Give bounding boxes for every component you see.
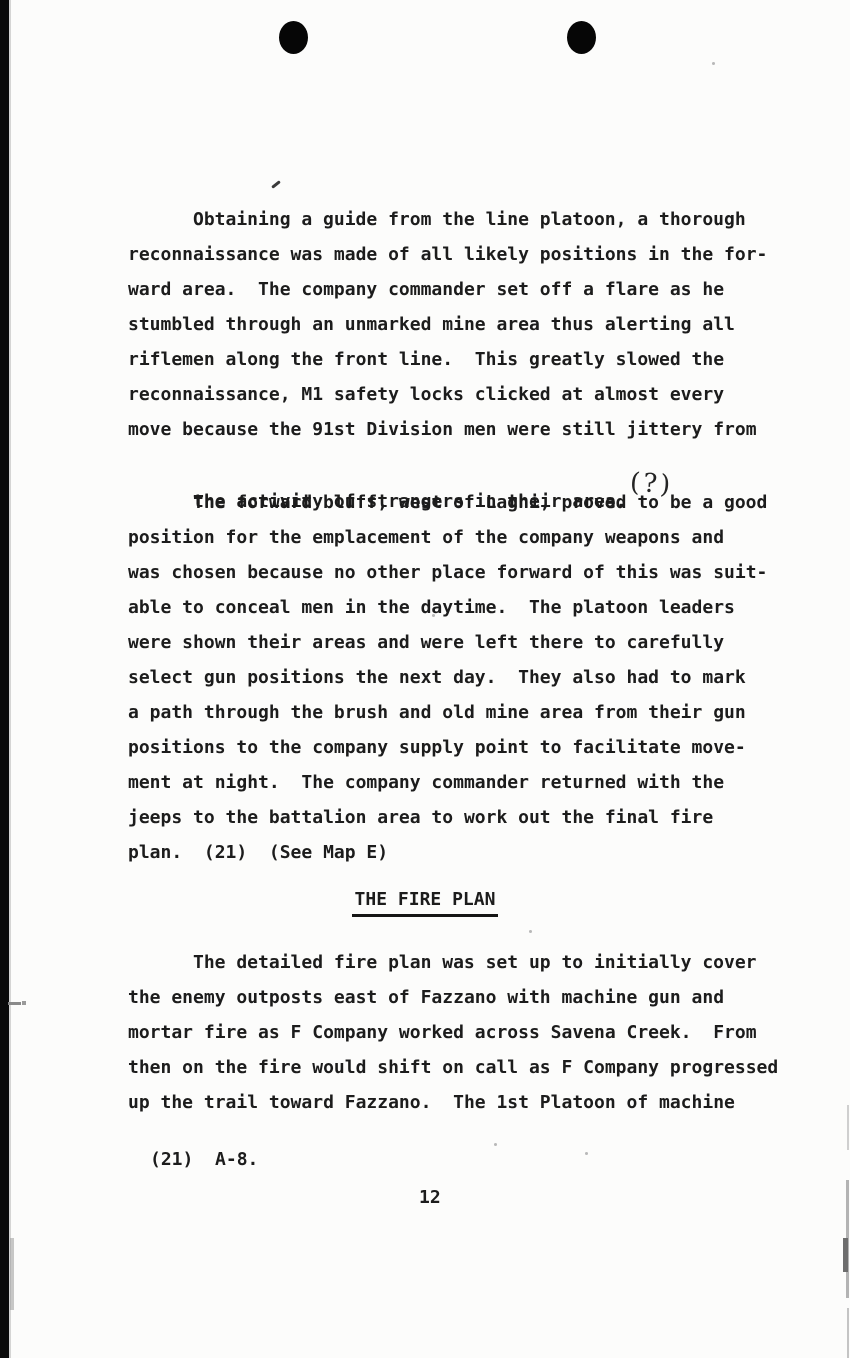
text-line: move because the 91st Division men were …: [128, 412, 767, 447]
text-line: jeeps to the battalion area to work out …: [128, 800, 767, 835]
text-line: the enemy outposts east of Fazzano with …: [128, 980, 778, 1015]
punch-hole-left: [279, 21, 308, 54]
right-edge-scan-line: [847, 1308, 849, 1358]
text-line: up the trail toward Fazzano. The 1st Pla…: [128, 1085, 778, 1120]
right-edge-scan-blob: [843, 1238, 848, 1272]
text-line: reconnaissance was made of all likely po…: [128, 237, 767, 272]
text-line: riflemen along the front line. This grea…: [128, 342, 767, 377]
scan-speck: [585, 1152, 588, 1155]
paragraph-2: The forward bluff, west of Laghi, proved…: [128, 485, 767, 870]
text-line: was chosen because no other place forwar…: [128, 555, 767, 590]
binding-edge-fuzz: [9, 0, 11, 1358]
text-line: ment at night. The company commander ret…: [128, 765, 767, 800]
scan-speck: [432, 614, 435, 617]
text-line: a path through the brush and old mine ar…: [128, 695, 767, 730]
text-line: then on the fire would shift on call as …: [128, 1050, 778, 1085]
text-line: The forward bluff, west of Laghi, proved…: [128, 485, 767, 520]
text-line: select gun positions the next day. They …: [128, 660, 767, 695]
text-line: The detailed fire plan was set up to ini…: [128, 945, 778, 980]
text-line: ward area. The company commander set off…: [128, 272, 767, 307]
text-line: stumbled through an unmarked mine area t…: [128, 307, 767, 342]
paragraph-3: The detailed fire plan was set up to ini…: [128, 945, 778, 1120]
text-line: position for the emplacement of the comp…: [128, 520, 767, 555]
footnote: (21) A-8.: [150, 1142, 258, 1177]
section-heading: THE FIRE PLAN: [352, 888, 499, 917]
scan-speck: [712, 62, 715, 65]
text-line: able to conceal men in the daytime. The …: [128, 590, 767, 625]
text-line: were shown their areas and were left the…: [128, 625, 767, 660]
margin-scan-mark: [8, 1002, 21, 1005]
text-line: mortar fire as F Company worked across S…: [128, 1015, 778, 1050]
binding-edge-strip: [0, 0, 9, 1358]
scanned-document-page: Obtaining a guide from the line platoon,…: [0, 0, 850, 1358]
text-line: Obtaining a guide from the line platoon,…: [128, 202, 767, 237]
page-number: 12: [419, 1180, 441, 1215]
right-edge-scan-line: [847, 1105, 849, 1150]
text-line: positions to the company supply point to…: [128, 730, 767, 765]
scan-speck: [494, 1143, 497, 1146]
punch-hole-right: [567, 21, 596, 54]
text-line: reconnaissance, M1 safety locks clicked …: [128, 377, 767, 412]
left-edge-streak: [10, 1238, 14, 1310]
stray-pen-mark: [271, 180, 281, 189]
margin-scan-dot: [22, 1001, 26, 1005]
text-line: plan. (21) (See Map E): [128, 835, 767, 870]
scan-speck: [529, 930, 532, 933]
section-heading-wrap: THE FIRE PLAN: [0, 888, 850, 917]
